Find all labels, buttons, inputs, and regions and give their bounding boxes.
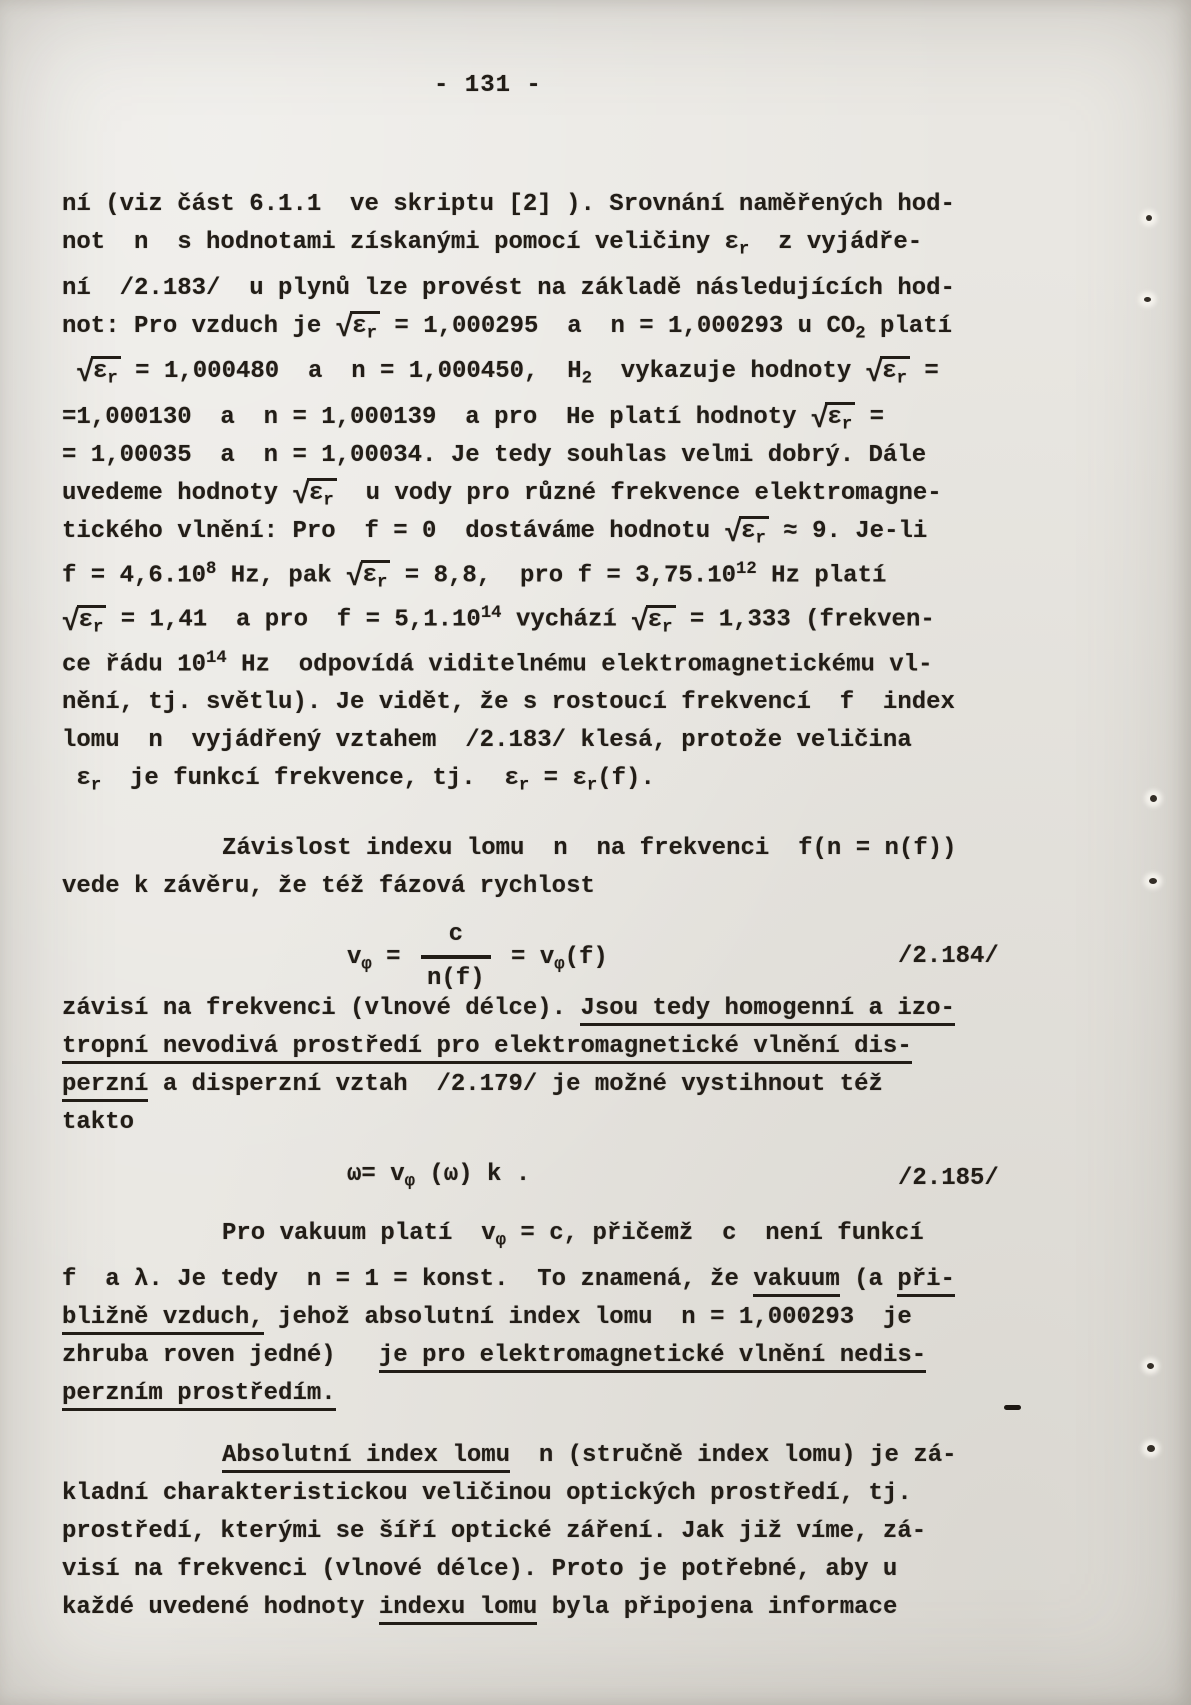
- text-line: f = 4,6.108 Hz, pak √εr = 8,8, pro f = 3…: [62, 551, 1037, 596]
- sqrt-radical: √εr: [76, 353, 120, 391]
- text-run: [62, 358, 76, 385]
- page-number: - 131 -: [434, 72, 542, 99]
- paper-speck: [1146, 215, 1152, 221]
- paper-speck: [1149, 878, 1157, 884]
- underlined-text: tropní nevodivá prostředí pro elektromag…: [62, 1033, 912, 1064]
- text-run: Závislost indexu lomu n na frekvenci f(n…: [222, 835, 957, 862]
- text-line: tropní nevodivá prostředí pro elektromag…: [62, 1028, 1037, 1066]
- text-run: platí: [866, 313, 952, 340]
- text-line: √εr = 1,000480 a n = 1,000450, H2 vykazu…: [62, 353, 1037, 399]
- text-line: Pro vakuum platí vφ = c, přičemž c není …: [62, 1215, 1037, 1261]
- radicand-subscript: r: [842, 415, 852, 434]
- text-run: tického vlnění: Pro f = 0 dostáváme hodn…: [62, 518, 725, 545]
- text-line: = 1,00035 a n = 1,00034. Je tedy souhlas…: [62, 437, 1037, 475]
- text-run: = 1,00035 a n = 1,00034. Je tedy souhlas…: [62, 442, 926, 469]
- text-run: f a λ. Je tedy n = 1 = konst. To znamená…: [62, 1266, 753, 1293]
- text-run: (f): [565, 944, 608, 971]
- text-line: f a λ. Je tedy n = 1 = konst. To znamená…: [62, 1261, 1037, 1299]
- radicand: εr: [361, 560, 391, 592]
- underlined-text: bližně vzduch,: [62, 1304, 264, 1335]
- text-run: ε: [725, 229, 739, 256]
- paragraph: Absolutní index lomu n (stručně index lo…: [62, 1437, 1037, 1627]
- text-line: perzním prostředím.: [62, 1375, 1037, 1413]
- text-run: 14: [206, 649, 227, 668]
- text-run: (a: [840, 1266, 898, 1293]
- text-run: =: [855, 404, 884, 431]
- text-line: ní /2.183/ u plynů lze provést na základ…: [62, 270, 1037, 308]
- radicand: εr: [77, 605, 107, 637]
- paper-speck: [1150, 795, 1157, 802]
- underlined-text: při-: [897, 1266, 955, 1297]
- equation-number: /2.184/: [898, 938, 999, 976]
- radicand-subscript: r: [107, 370, 117, 389]
- text-run: [62, 765, 76, 792]
- equation-number: /2.185/: [898, 1160, 999, 1198]
- text-run: Hz platí: [757, 562, 887, 589]
- text-run: kladní charakteristickou veličinou optic…: [62, 1480, 912, 1507]
- sqrt-radical: √εr: [346, 557, 390, 595]
- text-line: perzní a disperzní vztah /2.179/ je možn…: [62, 1066, 1037, 1104]
- text-line: takto: [62, 1104, 1037, 1142]
- text-run: v: [481, 1220, 495, 1247]
- radicand-base: ε: [648, 607, 662, 634]
- text-line: √εr = 1,41 a pro f = 5,1.1014 vychází √ε…: [62, 595, 1037, 640]
- ink-dash-mark: [1004, 1405, 1021, 1410]
- radicand: εr: [91, 356, 121, 388]
- paragraph: závisí na frekvenci (vlnové délce). Jsou…: [62, 990, 1037, 1142]
- sqrt-radical: √εr: [725, 513, 769, 551]
- text-run: ní (viz část 6.1.1 ve skriptu [2] ). Sro…: [62, 191, 955, 218]
- text-run: φ: [361, 956, 371, 975]
- text-run: Hz odpovídá viditelnému elektromagnetick…: [227, 651, 933, 678]
- text-run: 14: [481, 604, 502, 623]
- text-run: (f).: [597, 765, 655, 792]
- text-line: nění, tj. světlu). Je vidět, že s rostou…: [62, 684, 1037, 722]
- text-line: lomu n vyjádřený vztahem /2.183/ klesá, …: [62, 722, 1037, 760]
- text-run: ε: [572, 765, 586, 792]
- text-run: r: [739, 241, 749, 260]
- text-run: vychází: [502, 607, 632, 634]
- paper-speck: [1147, 1363, 1154, 1369]
- text-run: =1,000130 a n = 1,000139 a pro He platí …: [62, 404, 811, 431]
- text-run: každé uvedené hodnoty: [62, 1594, 379, 1621]
- radicand: εr: [646, 605, 676, 637]
- text-line: kladní charakteristickou veličinou optic…: [62, 1475, 1037, 1513]
- text-run: r: [519, 777, 529, 796]
- paragraph: Závislost indexu lomu n na frekvenci f(n…: [62, 830, 1037, 906]
- text-run: = 1,000480 a n = 1,000450, H: [121, 358, 582, 385]
- underlined-text: Absolutní index lomu: [222, 1442, 510, 1473]
- text-run: Pro vakuum platí: [222, 1220, 481, 1247]
- radicand-base: ε: [352, 313, 366, 340]
- radicand: εr: [825, 402, 855, 434]
- radicand-subscript: r: [897, 370, 907, 389]
- text-line: každé uvedené hodnoty indexu lomu byla p…: [62, 1589, 1037, 1627]
- text-run: je funkcí frekvence, tj.: [101, 765, 504, 792]
- text-line: visí na frekvenci (vlnové délce). Proto …: [62, 1551, 1037, 1589]
- radicand-base: ε: [827, 404, 841, 431]
- text-run: jehož absolutní index lomu n = 1,000293 …: [264, 1304, 912, 1331]
- radicand-subscript: r: [93, 618, 103, 637]
- text-line: Absolutní index lomu n (stručně index lo…: [62, 1437, 1037, 1475]
- text-run: a disperzní vztah /2.179/ je možné vysti…: [148, 1071, 883, 1098]
- text-run: u vody pro různé frekvence elektromagne-: [337, 480, 942, 507]
- radicand-subscript: r: [662, 618, 672, 637]
- text-run: = c, přičemž c není funkcí: [506, 1220, 924, 1247]
- text-run: v: [540, 944, 554, 971]
- radicand-base: ε: [79, 607, 93, 634]
- text-line: bližně vzduch, jehož absolutní index lom…: [62, 1299, 1037, 1337]
- text-line: ní (viz část 6.1.1 ve skriptu [2] ). Sro…: [62, 186, 1037, 224]
- text-run: =: [529, 765, 572, 792]
- radicand-subscript: r: [367, 324, 377, 343]
- text-run: nění, tj. světlu). Je vidět, že s rostou…: [62, 689, 955, 716]
- fraction-numerator: c: [421, 920, 491, 955]
- text-run: ε: [76, 765, 90, 792]
- text-run: byla připojena informace: [537, 1594, 897, 1621]
- equation-body: vφ = cn(f) = vφ(f): [347, 944, 608, 971]
- underlined-text: Jsou tedy homogenní a izo-: [580, 995, 954, 1026]
- underlined-text: vakuum: [753, 1266, 839, 1297]
- radicand: εr: [350, 311, 380, 343]
- sqrt-radical: √εr: [292, 475, 336, 513]
- text-line: =1,000130 a n = 1,000139 a pro He platí …: [62, 399, 1037, 437]
- text-run: r: [587, 777, 597, 796]
- text-run: prostředí, kterými se šíří optické zářen…: [62, 1518, 926, 1545]
- fraction: cn(f): [421, 920, 491, 994]
- text-line: vede k závěru, že též fázová rychlost: [62, 868, 1037, 906]
- document-page: - 131 - ní (viz část 6.1.1 ve skriptu [2…: [0, 0, 1191, 1705]
- text-line: not n s hodnotami získanými pomocí velič…: [62, 224, 1037, 270]
- text-run: v: [390, 1161, 404, 1188]
- text-run: zhruba roven jedné): [62, 1342, 379, 1369]
- text-run: φ: [496, 1232, 506, 1251]
- text-run: vede k závěru, že též fázová rychlost: [62, 873, 595, 900]
- text-run: not: Pro vzduch je: [62, 313, 336, 340]
- radicand-base: ε: [93, 358, 107, 385]
- text-run: Hz, pak: [216, 562, 346, 589]
- radicand: εr: [307, 478, 337, 510]
- fraction-denominator: n(f): [421, 955, 491, 994]
- text-line: zhruba roven jedné) je pro elektromagnet…: [62, 1337, 1037, 1375]
- text-run: n (stručně index lomu) je zá-: [510, 1442, 956, 1469]
- text-run: not n s hodnotami získanými pomocí velič…: [62, 229, 725, 256]
- text-line: εr je funkcí frekvence, tj. εr = εr(f).: [62, 760, 1037, 806]
- sqrt-radical: √εr: [336, 308, 380, 346]
- text-run: ce řádu 10: [62, 651, 206, 678]
- paragraph: ní (viz část 6.1.1 ve skriptu [2] ). Sro…: [62, 186, 1037, 806]
- text-run: 12: [736, 560, 757, 579]
- text-run: r: [91, 777, 101, 796]
- text-run: φ: [405, 1172, 415, 1191]
- text-line: ce řádu 1014 Hz odpovídá viditelnému ele…: [62, 640, 1037, 685]
- sqrt-radical: √εr: [811, 399, 855, 437]
- text-run: =: [497, 944, 540, 971]
- text-run: z vyjádře-: [749, 229, 922, 256]
- text-run: 8: [206, 560, 216, 579]
- text-run: = 1,000295 a n = 1,000293 u CO: [380, 313, 855, 340]
- text-run: = 1,41 a pro f = 5,1.10: [106, 607, 480, 634]
- underlined-text: perzní: [62, 1071, 148, 1102]
- equation-block: vφ = cn(f) = vφ(f)/2.184/: [62, 920, 1037, 994]
- radicand: εr: [880, 356, 910, 388]
- text-run: =: [372, 944, 415, 971]
- document-body: ní (viz část 6.1.1 ve skriptu [2] ). Sro…: [62, 186, 1037, 1627]
- radicand-base: ε: [363, 562, 377, 589]
- radicand-subscript: r: [755, 529, 765, 548]
- text-run: ≈ 9. Je-li: [769, 518, 927, 545]
- text-line: Závislost indexu lomu n na frekvenci f(n…: [62, 830, 1037, 868]
- sqrt-radical: √εr: [866, 353, 910, 391]
- text-run: ω=: [347, 1161, 390, 1188]
- radicand-subscript: r: [323, 491, 333, 510]
- text-run: =: [910, 358, 939, 385]
- underlined-text: je pro elektromagnetické vlnění nedis-: [379, 1342, 926, 1373]
- equation-body: ω= vφ (ω) k .: [347, 1161, 530, 1188]
- radicand-base: ε: [882, 358, 896, 385]
- text-run: závisí na frekvenci (vlnové délce).: [62, 995, 580, 1022]
- underlined-text: perzním prostředím.: [62, 1380, 336, 1411]
- paper-speck: [1144, 297, 1151, 302]
- sqrt-radical: √εr: [631, 602, 675, 640]
- text-run: lomu n vyjádřený vztahem /2.183/ klesá, …: [62, 727, 912, 754]
- text-run: f = 4,6.10: [62, 562, 206, 589]
- sqrt-radical: √εr: [62, 602, 106, 640]
- text-run: visí na frekvenci (vlnové délce). Proto …: [62, 1556, 897, 1583]
- text-run: takto: [62, 1109, 134, 1136]
- equation-block: ω= vφ (ω) k ./2.185/: [62, 1156, 1037, 1202]
- text-run: ní /2.183/ u plynů lze provést na základ…: [62, 275, 955, 302]
- text-line: uvedeme hodnoty √εr u vody pro různé fre…: [62, 475, 1037, 513]
- text-run: 2: [582, 370, 592, 389]
- radicand-subscript: r: [377, 574, 387, 593]
- text-run: uvedeme hodnoty: [62, 480, 292, 507]
- paragraph: Pro vakuum platí vφ = c, přičemž c není …: [62, 1215, 1037, 1413]
- text-line: not: Pro vzduch je √εr = 1,000295 a n = …: [62, 308, 1037, 354]
- text-run: (ω) k .: [415, 1161, 530, 1188]
- underlined-text: indexu lomu: [379, 1594, 537, 1625]
- radicand-base: ε: [741, 518, 755, 545]
- radicand: εr: [739, 516, 769, 548]
- text-line: tického vlnění: Pro f = 0 dostáváme hodn…: [62, 513, 1037, 551]
- text-run: φ: [554, 956, 564, 975]
- text-line: závisí na frekvenci (vlnové délce). Jsou…: [62, 990, 1037, 1028]
- text-run: = 1,333 (frekven-: [676, 607, 935, 634]
- text-run: ε: [504, 765, 518, 792]
- text-run: 2: [855, 324, 865, 343]
- radicand-base: ε: [309, 480, 323, 507]
- paper-speck: [1147, 1445, 1155, 1452]
- text-run: = 8,8, pro f = 3,75.10: [390, 562, 736, 589]
- text-run: vykazuje hodnoty: [592, 358, 866, 385]
- text-run: v: [347, 944, 361, 971]
- text-line: prostředí, kterými se šíří optické zářen…: [62, 1513, 1037, 1551]
